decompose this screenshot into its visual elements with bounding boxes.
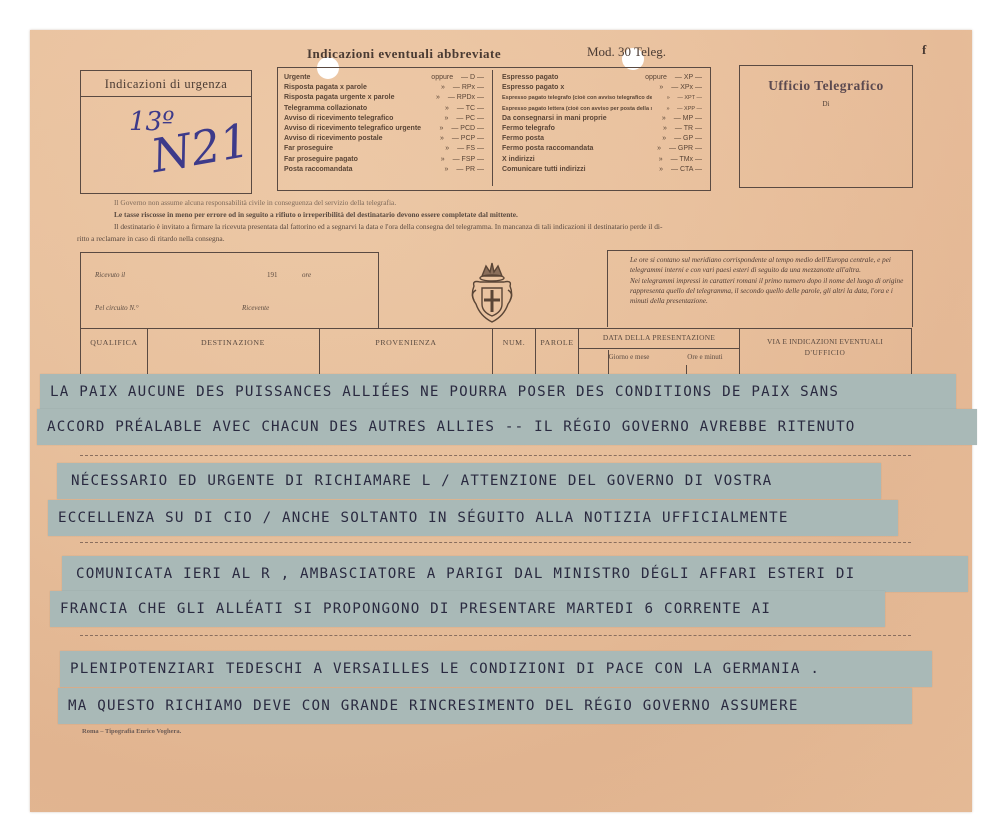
telegram-strip-8: MA QUESTO RICHIAMO DEVE CON GRANDE RINCR… bbox=[58, 688, 912, 724]
col-giorno-mese: Giorno e mese bbox=[579, 353, 679, 361]
form-model: Mod. 30 Teleg. bbox=[587, 44, 666, 60]
col-provenienza: PROVENIENZA bbox=[320, 338, 492, 347]
urgency-title: Indicazioni di urgenza bbox=[81, 71, 251, 97]
telegram-strip-7: PLENIPOTENZIARI TEDESCHI A VERSAILLES LE… bbox=[60, 651, 932, 687]
code-row: Avviso di ricevimento postale» — PCP — bbox=[284, 134, 484, 144]
urgency-box: Indicazioni di urgenza 13º N21 bbox=[80, 70, 252, 194]
code-row: Espresso pagato lettera (cioè con avviso… bbox=[502, 104, 702, 114]
col-divider bbox=[911, 328, 912, 380]
notice-2: Le tasse riscosse in meno per errore od … bbox=[114, 209, 518, 222]
code-row: Espresso pagato telegrafo (cioè con avvi… bbox=[502, 93, 702, 103]
time-note-1: Le ore si contano sul meridiano corrispo… bbox=[608, 251, 912, 275]
telegram-strip-4: ECCELLENZA SU DI CIO / ANCHE SOLTANTO IN… bbox=[48, 500, 898, 536]
year-label: 191 bbox=[267, 271, 278, 279]
royal-crest-icon bbox=[468, 260, 516, 326]
code-row: Comunicare tutti indirizzi» — CTA — bbox=[502, 165, 702, 175]
table-top-rule bbox=[80, 328, 911, 329]
col-via-1: VIA E INDICAZIONI EVENTUALI bbox=[740, 337, 910, 346]
code-row: Risposta pagata urgente x parole» — RPDx… bbox=[284, 93, 484, 103]
telegram-strip-1: LA PAIX AUCUNE DES PUISSANCES ALLIÉES NE… bbox=[40, 374, 956, 410]
code-row: Avviso di ricevimento telegrafico» — PC … bbox=[284, 114, 484, 124]
col-divider bbox=[147, 328, 148, 380]
col-parole: PAROLE bbox=[536, 338, 578, 347]
telegram-strip-2: ACCORD PRÉALABLE AVEC CHACUN DES AUTRES … bbox=[37, 409, 977, 445]
col-ore-minuti: Ore e minuti bbox=[670, 353, 740, 361]
office-box: Ufficio Telegrafico Di bbox=[739, 65, 913, 188]
col-destinazione: DESTINAZIONE bbox=[148, 338, 318, 347]
header-title: Indicazioni eventuali abbreviate bbox=[307, 46, 501, 62]
code-row: Fermo posta» — GP — bbox=[502, 134, 702, 144]
printer-footer: Roma – Tipografia Enrico Voghera. bbox=[82, 728, 181, 735]
col-divider bbox=[535, 328, 536, 380]
col-divider bbox=[80, 328, 81, 380]
circuit-label: Pel circuito N.° bbox=[95, 304, 139, 312]
telegram-strip-6: FRANCIA CHE GLI ALLÉATI SI PROPONGONO DI… bbox=[50, 591, 885, 627]
col-qualifica: QUALIFICA bbox=[82, 338, 146, 347]
notice-4: ritto a reclamare in caso di ritardo nel… bbox=[77, 233, 225, 246]
col-via-2: D'UFFICIO bbox=[740, 348, 910, 357]
time-note-2: Nei telegrammi impressi in caratteri rom… bbox=[608, 275, 912, 306]
code-row: Espresso pagatooppure — XP — bbox=[502, 73, 702, 83]
col-data-presentazione: DATA DELLA PRESENTAZIONE bbox=[579, 333, 739, 342]
codes-box: Urgenteoppure — D — Risposta pagata x pa… bbox=[277, 67, 711, 191]
code-row: Far proseguire pagato» — FSP — bbox=[284, 155, 484, 165]
codes-divider bbox=[492, 70, 493, 186]
writing-line bbox=[80, 455, 911, 456]
code-row: X indirizzi» — TMx — bbox=[502, 155, 702, 165]
codes-left: Urgenteoppure — D — Risposta pagata x pa… bbox=[284, 73, 484, 175]
office-title: Ufficio Telegrafico bbox=[740, 78, 912, 94]
codes-right: Espresso pagatooppure — XP — Espresso pa… bbox=[502, 73, 702, 175]
code-row: Risposta pagata x parole» — RPx — bbox=[284, 83, 484, 93]
col-divider bbox=[492, 328, 493, 380]
notice-1: Il Governo non assume alcuna responsabil… bbox=[114, 197, 396, 210]
col-divider bbox=[319, 328, 320, 380]
code-row: Da consegnarsi in mani proprie» — MP — bbox=[502, 114, 702, 124]
receipt-box: Ricevuto il 191 ore Pel circuito N.° Ric… bbox=[80, 252, 379, 329]
code-row: Avviso di ricevimento telegrafico urgent… bbox=[284, 124, 484, 134]
code-row: Fermo posta raccomandata» — GPR — bbox=[502, 144, 702, 154]
telegram-strip-3: NÉCESSARIO ED URGENTE DI RICHIAMARE L / … bbox=[57, 463, 881, 499]
code-row: Urgenteoppure — D — bbox=[284, 73, 484, 83]
date-subrule bbox=[578, 348, 739, 349]
receiver-label: Ricevente bbox=[242, 304, 269, 312]
code-row: Telegramma collazionato» — TC — bbox=[284, 104, 484, 114]
writing-line bbox=[80, 542, 911, 543]
writing-line bbox=[80, 635, 911, 636]
notice-3: Il destinatario è invitato a firmare la … bbox=[114, 221, 662, 234]
code-row: Espresso pagato x» — XPx — bbox=[502, 83, 702, 93]
code-row: Far proseguire» — FS — bbox=[284, 144, 484, 154]
col-num: NUM. bbox=[493, 338, 535, 347]
time-note-box: Le ore si contano sul meridiano corrispo… bbox=[607, 250, 913, 327]
received-label: Ricevuto il bbox=[95, 271, 125, 279]
telegram-strip-5: COMUNICATA IERI AL R , AMBASCIATORE A PA… bbox=[62, 556, 968, 592]
office-di-label: Di bbox=[740, 100, 912, 108]
code-row: Posta raccomandata» — PR — bbox=[284, 165, 484, 175]
code-row: Fermo telegrafo» — TR — bbox=[502, 124, 702, 134]
corner-mark: f bbox=[922, 42, 926, 58]
ore-label: ore bbox=[302, 271, 311, 279]
